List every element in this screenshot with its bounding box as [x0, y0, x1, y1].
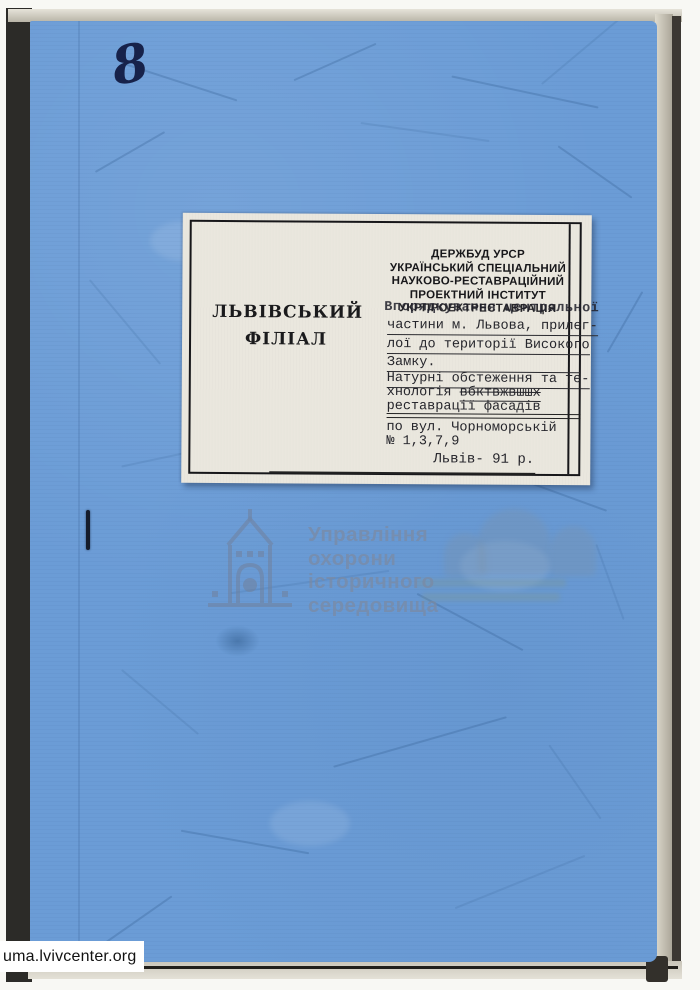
- texture-crease: [607, 291, 644, 353]
- faint-watermark-text-shape: [416, 579, 566, 587]
- texture-crease: [558, 145, 633, 198]
- faint-church-dome-watermark: [444, 533, 486, 577]
- tower-icon: [200, 507, 300, 617]
- branch-stamp-line: ЛЬВІВСЬКИЙ: [212, 299, 360, 327]
- texture-crease: [451, 75, 598, 108]
- faint-church-dome-watermark: [478, 509, 550, 575]
- typed-line: частини м. Львова, прилег-: [387, 318, 598, 334]
- branch-stamp: ЛЬВІВСЬКИЙ ФІЛІАЛ: [212, 299, 360, 354]
- typed-title-label: ЛЬВІВСЬКИЙ ФІЛІАЛ ДЕРЖБУД УРСР УКРАЇНСЬК…: [181, 213, 592, 485]
- typed-title-overlay: Впорядкування центральної: [384, 300, 599, 316]
- texture-scuff: [270, 801, 350, 846]
- institute-header-line: УКРАЇНСЬКИЙ СПЕЦІАЛЬНИЙ: [360, 261, 595, 276]
- texture-crease: [360, 122, 489, 142]
- watermark-line: історичного: [308, 570, 438, 594]
- faint-church-dome-watermark: [550, 526, 596, 576]
- texture-crease: [293, 43, 376, 81]
- watermark-text: Управління охорони історичного середовищ…: [308, 523, 438, 617]
- institute-header-line: НАУКОВО-РЕСТАВРАЦІЙНИЙ: [360, 275, 595, 290]
- texture-crease: [95, 131, 165, 173]
- binding-staple: [86, 510, 90, 550]
- branch-stamp-line: ФІЛІАЛ: [212, 326, 360, 354]
- institute-header-line: ДЕРЖБУД УРСР: [361, 248, 596, 263]
- scan-left-shadow: [6, 8, 32, 982]
- watermark-line: Управління: [308, 523, 438, 547]
- texture-crease: [541, 21, 619, 85]
- texture-crease: [455, 855, 586, 909]
- blue-folder-cover: Управління охорони історичного середовищ…: [30, 21, 657, 962]
- institute-header: ДЕРЖБУД УРСР УКРАЇНСЬКИЙ СПЕЦІАЛЬНИЙ НАУ…: [360, 248, 595, 303]
- heritage-office-watermark: Управління охорони історичного середовищ…: [200, 507, 438, 617]
- texture-crease: [333, 716, 507, 768]
- texture-crease: [548, 745, 601, 820]
- label-footer-place-year: Львів- 91 р.: [433, 451, 534, 468]
- typed-line: № 1,3,7,9: [386, 434, 459, 449]
- faint-watermark-text-shape: [422, 593, 560, 601]
- texture-crease: [121, 669, 199, 735]
- texture-crease: [89, 279, 161, 365]
- typed-line: лої до території Високого: [387, 337, 590, 353]
- ink-smudge: [215, 625, 260, 657]
- watermark-line: охорони: [308, 547, 438, 571]
- cover-fold-line: [78, 21, 80, 962]
- scanned-document-page: Управління охорони історичного середовищ…: [0, 0, 700, 990]
- book-right-edge: [655, 14, 673, 976]
- source-url-badge: uma.lvivcenter.org: [0, 941, 144, 972]
- texture-crease: [595, 544, 624, 620]
- book-right-shadow: [672, 16, 681, 976]
- watermark-line: середовища: [308, 594, 438, 618]
